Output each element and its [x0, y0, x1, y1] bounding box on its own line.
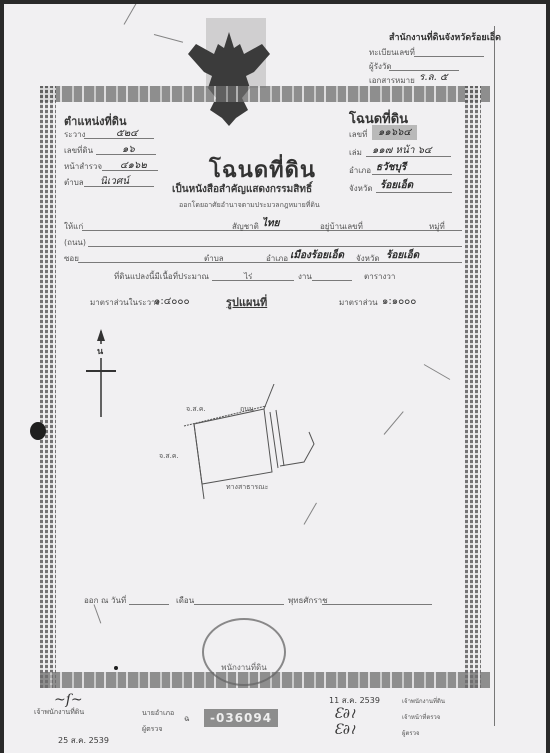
map-label: จ.ส.ค. — [159, 451, 179, 462]
book-value: ๑๑๗ หน้า ๖๔ — [372, 143, 432, 158]
field-label: เลขที่ดิน — [64, 144, 93, 157]
surveyor-label: ผู้รังวัด — [369, 60, 392, 73]
scan-scratch — [154, 34, 183, 43]
field-label: หน้าสำรวจ — [64, 160, 102, 173]
deed-number-label: เลขที่ — [349, 128, 367, 141]
owner-province-value: ร้อยเอ็ด — [386, 248, 419, 263]
ink-dot — [114, 666, 118, 670]
map-label: ทางสาธารณะ — [226, 482, 268, 493]
soi-label: ซอย — [64, 252, 79, 265]
registry-label: ทะเบียนเลขที่ — [369, 46, 415, 59]
office-name: สำนักงานที่ดินจังหวัดร้อยเอ็ด — [389, 30, 501, 44]
left-officer-label: เจ้าพนักงานที่ดิน — [34, 707, 84, 718]
right-signature-2: Ɛ∂≀ — [334, 722, 355, 738]
address-number-label: อยู่บ้านเลขที่ — [320, 220, 363, 233]
map-label: จ.ส.ค. — [186, 404, 206, 415]
document-number-value: ร.ล. ๕ — [419, 70, 448, 85]
frame-left-border — [40, 86, 56, 688]
field-label: ตำบล — [64, 176, 84, 189]
amphoe-value: เมืองร้อยเอ็ด — [290, 248, 344, 263]
page-edge-line — [494, 26, 495, 726]
area-label: ที่ดินแปลงนี้มีเนื้อที่ประมาณ — [114, 270, 209, 283]
right-signature-1: Ɛ∂≀ — [334, 706, 355, 722]
plan-scale-label: มาตราส่วน — [339, 296, 378, 309]
plan-label: รูปแผนที่ — [226, 293, 267, 311]
right-title: เจ้าพนักงานที่ดิน — [402, 696, 445, 706]
left-title-1: นายอำเภอ — [142, 708, 174, 719]
wa-label: ตารางวา — [364, 270, 395, 283]
map-scale-label: มาตราส่วนในระวาง — [90, 296, 159, 309]
nationality-label: สัญชาติ — [232, 220, 259, 233]
issued-year-label: พุทธศักราช — [288, 594, 328, 607]
scan-scratch — [424, 364, 450, 380]
north-arrow-icon — [86, 329, 116, 419]
scan-scratch — [94, 604, 102, 623]
ngan-label: งาน — [298, 270, 312, 283]
document-subtitle: เป็นหนังสือสำคัญแสดงกรรมสิทธิ์ — [172, 182, 312, 197]
deed-number-value: ๑๑๖๖๔ — [372, 125, 417, 140]
map-scale-value: ๑:๔๐๐๐ — [154, 294, 190, 309]
right-title: ผู้ตรวจ — [402, 728, 420, 738]
ink-blot — [30, 422, 46, 440]
scan-scratch — [124, 4, 145, 25]
book-label: เล่ม — [349, 146, 362, 159]
province-value: ร้อยเอ็ด — [380, 178, 413, 193]
field-value: ๕๒๔ — [116, 126, 138, 141]
garuda-emblem-icon — [184, 14, 274, 134]
scan-scratch — [304, 503, 317, 525]
issued-date-label: ออก ณ วันที่ — [84, 594, 126, 607]
plan-scale-value: ๑:๑๐๐๐ — [382, 294, 416, 309]
province-label: จังหวัด — [349, 182, 373, 195]
road-prefix: (ถนน) — [64, 236, 86, 249]
issued-month-label: เดือน — [176, 594, 194, 607]
amphoe-label: อำเภอ — [266, 252, 288, 265]
north-label: น — [97, 344, 103, 358]
tambon-label: ตำบล — [204, 252, 224, 265]
seal-text: พนักงานที่ดิน — [204, 661, 284, 674]
serial-number: -036094 — [204, 709, 278, 727]
frame-top-border — [40, 86, 490, 102]
left-title-2: ผู้ตรวจ — [142, 724, 162, 735]
field-value: นิเวศน์ — [100, 174, 129, 189]
district-label: อำเภอ — [349, 164, 371, 177]
field-label: ระวาง — [64, 128, 85, 141]
rai-label: ไร่ — [244, 270, 252, 283]
nationality-value: ไทย — [262, 216, 279, 231]
official-seal: พนักงานที่ดิน — [202, 618, 286, 686]
right-title: เจ้าหน้าที่ตรวจ — [402, 712, 440, 722]
owner-province-label: จังหวัด — [356, 252, 380, 265]
field-value: ๔๑๖๒ — [120, 158, 147, 173]
field-value: ๑๖ — [122, 142, 135, 157]
owner-label: ให้แก่ — [64, 220, 83, 233]
left-date: 25 ส.ค. 2539 — [58, 734, 109, 747]
scan-scratch — [384, 411, 404, 435]
issued-by-line: ออกโดยอาศัยอำนาจตามประมวลกฎหมายที่ดิน — [179, 200, 320, 211]
left-signature: ~ſ~ — [54, 692, 83, 708]
land-title-deed-page: สำนักงานที่ดินจังหวัดร้อยเอ็ด ทะเบียนเลข… — [4, 4, 546, 753]
frame-right-border — [465, 86, 481, 688]
moo-label: หมู่ที่ — [429, 220, 445, 233]
map-label: ถนน — [240, 404, 254, 415]
district-value: ธวัชบุรี — [376, 160, 406, 175]
serial-prefix: ฉ — [184, 712, 189, 725]
